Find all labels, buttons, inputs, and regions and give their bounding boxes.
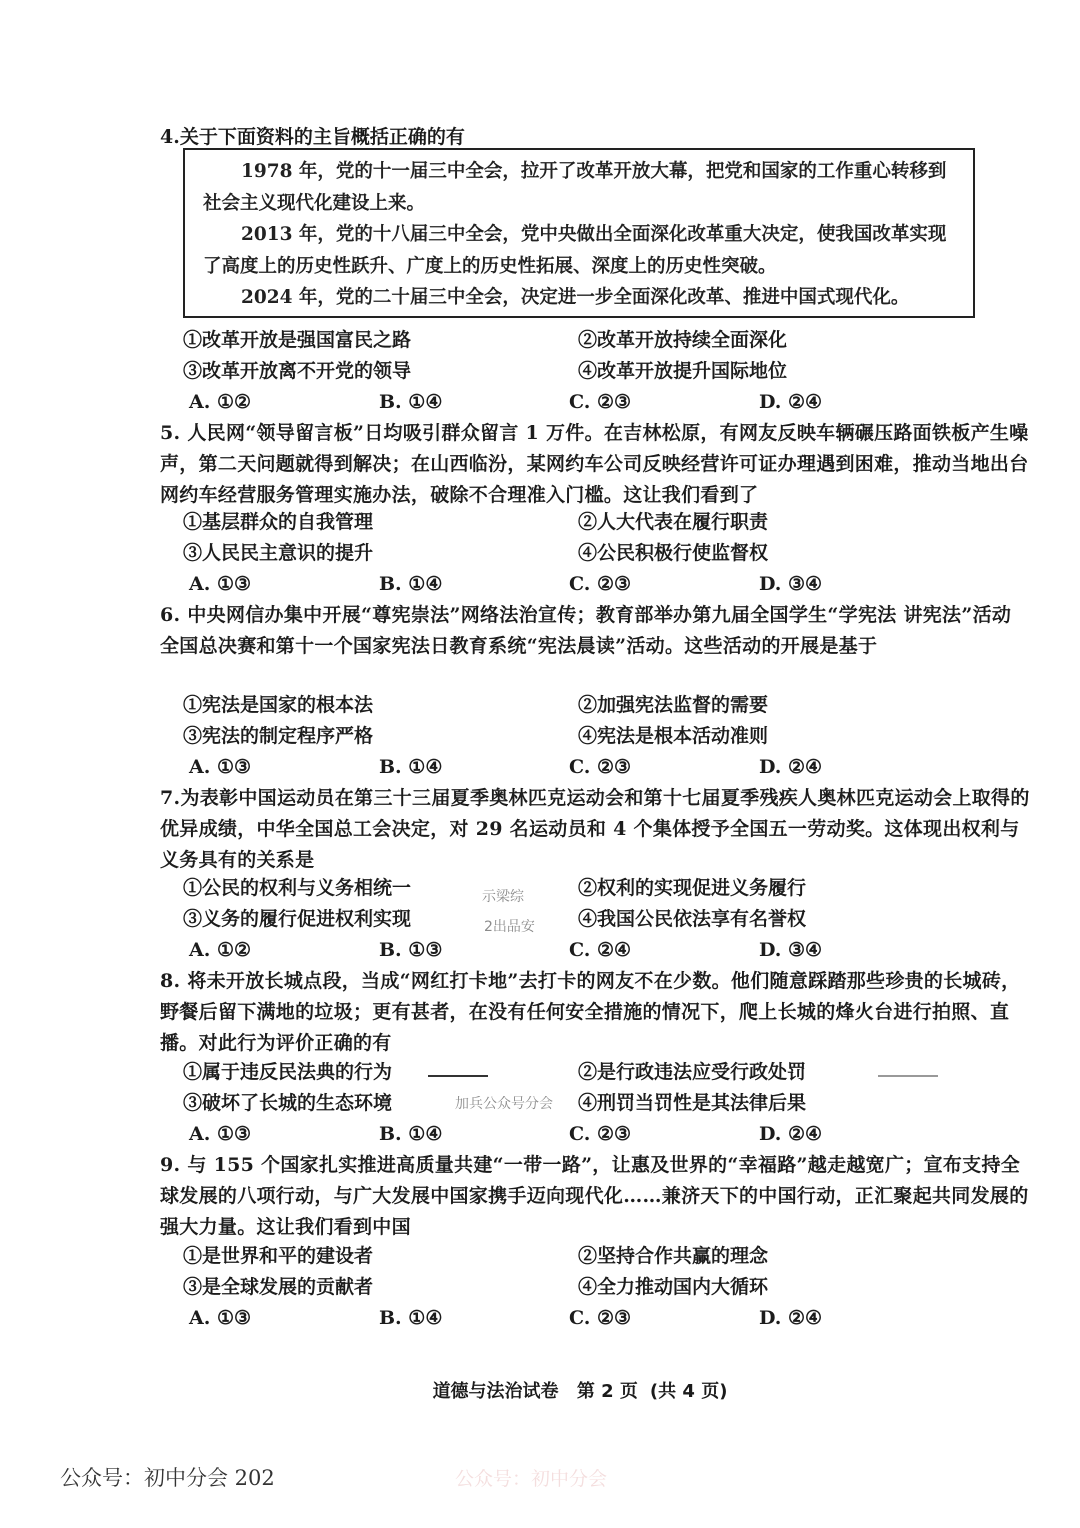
answer-d[interactable]: D. ③④ <box>759 935 949 966</box>
answer-c[interactable]: C. ②③ <box>569 1119 759 1150</box>
question-4-options: ①改革开放是强国富民之路②改革开放持续全面深化 ③改革开放离不开党的领导④改革开… <box>183 325 1003 418</box>
answer-a[interactable]: A. ①③ <box>189 1119 379 1150</box>
answer-c[interactable]: C. ②③ <box>569 387 759 418</box>
answer-b[interactable]: B. ①④ <box>379 752 569 783</box>
material-paragraph-2024: 2024 年，党的二十届三中全会，决定进一步全面深化改革、推进中国式现代化。 <box>203 282 959 314</box>
answer-a[interactable]: A. ①③ <box>189 752 379 783</box>
question-text: 人民网“领导留言板”日均吸引群众留言 1 万件。在吉林松原，有网友反映车辆碾压路… <box>160 422 1029 506</box>
question-7-stem: 7.为表彰中国运动员在第三十三届夏季奥林匹克运动会和第十七届夏季残疾人奥林匹克运… <box>160 783 1030 876</box>
option-4: ④公民积极行使监督权 <box>578 538 973 569</box>
answer-c[interactable]: C. ②③ <box>569 752 759 783</box>
question-number: 9. <box>160 1150 180 1181</box>
option-1: ①宪法是国家的根本法 <box>183 690 578 721</box>
option-2: ②加强宪法监督的需要 <box>578 690 973 721</box>
page-total: (共 4 页) <box>650 1381 728 1402</box>
option-4: ④我国公民依法享有名誉权 <box>578 904 973 935</box>
watermark-left: 公众号：初中分会 202 <box>60 1462 275 1492</box>
question-8-options: ①属于违反民法典的行为②是行政违法应受行政处罚 ③破坏了长城的生态环境④刑罚当罚… <box>183 1057 1003 1150</box>
answer-a[interactable]: A. ①③ <box>189 569 379 600</box>
answer-d[interactable]: D. ②④ <box>759 1119 949 1150</box>
question-9-stem: 9. 与 155 个国家扎实推进高质量共建“一带一路”，让惠及世界的“幸福路”越… <box>160 1150 1030 1243</box>
question-5-stem: 5. 人民网“领导留言板”日均吸引群众留言 1 万件。在吉林松原，有网友反映车辆… <box>160 418 1030 511</box>
scan-artifact-line <box>428 1075 488 1077</box>
option-2: ②权利的实现促进义务履行 <box>578 873 973 904</box>
question-4-material-box: 1978 年，党的十一届三中全会，拉开了改革开放大幕，把党和国家的工作重心转移到… <box>183 148 975 318</box>
question-6-stem: 6. 中央网信办集中开展“尊宪崇法”网络法治宣传；教育部举办第九届全国学生“学宪… <box>160 600 1030 662</box>
answer-a[interactable]: A. ①② <box>189 387 379 418</box>
option-3: ③是全球发展的贡献者 <box>183 1272 578 1303</box>
question-number: 6. <box>160 600 180 631</box>
answer-b[interactable]: B. ①④ <box>379 569 569 600</box>
answer-c[interactable]: C. ②④ <box>569 935 759 966</box>
question-number: 4. <box>160 126 180 148</box>
exam-subject: 道德与法治试卷 <box>433 1381 559 1402</box>
answer-b[interactable]: B. ①④ <box>379 387 569 418</box>
option-1: ①是世界和平的建设者 <box>183 1241 578 1272</box>
question-6-options: ①宪法是国家的根本法②加强宪法监督的需要 ③宪法的制定程序严格④宪法是根本活动准… <box>183 690 1003 783</box>
answer-d[interactable]: D. ②④ <box>759 387 949 418</box>
option-1: ①属于违反民法典的行为 <box>183 1057 578 1088</box>
question-text: 关于下面资料的主旨概括正确的有 <box>180 126 465 148</box>
question-text: 中央网信办集中开展“尊宪崇法”网络法治宣传；教育部举办第九届全国学生“学宪法 讲… <box>160 604 1011 657</box>
option-3: ③人民民主意识的提升 <box>183 538 578 569</box>
option-4: ④宪法是根本活动准则 <box>578 721 973 752</box>
option-4: ④全力推动国内大循环 <box>578 1272 973 1303</box>
question-number: 8. <box>160 966 180 997</box>
question-7-options: ①公民的权利与义务相统一②权利的实现促进义务履行 ③义务的履行促进权利实现④我国… <box>183 873 1003 966</box>
answer-d[interactable]: D. ③④ <box>759 569 949 600</box>
option-3: ③宪法的制定程序严格 <box>183 721 578 752</box>
question-8-stem: 8. 将未开放长城点段，当成“网红打卡地”去打卡的网友不在少数。他们随意踩踏那些… <box>160 966 1030 1059</box>
page-number: 第 2 页 <box>577 1381 638 1402</box>
answer-b[interactable]: B. ①④ <box>379 1303 569 1334</box>
option-1: ①改革开放是强国富民之路 <box>183 325 578 356</box>
answer-d[interactable]: D. ②④ <box>759 752 949 783</box>
question-number: 5. <box>160 418 180 449</box>
material-paragraph-1978: 1978 年，党的十一届三中全会，拉开了改革开放大幕，把党和国家的工作重心转移到… <box>203 156 959 219</box>
exam-page: 4.关于下面资料的主旨概括正确的有 1978 年，党的十一届三中全会，拉开了改革… <box>0 0 1080 1528</box>
page-footer: 道德与法治试卷 第 2 页(共 4 页) <box>0 1377 1080 1403</box>
answer-a[interactable]: A. ①② <box>189 935 379 966</box>
faint-stamp-mark: 2出品安 <box>484 916 535 936</box>
watermark-center: 公众号：初中分会 <box>455 1464 607 1491</box>
faint-stamp-mark: 加兵公众号分会 <box>455 1093 553 1113</box>
question-text: 与 155 个国家扎实推进高质量共建“一带一路”，让惠及世界的“幸福路”越走越宽… <box>160 1154 1029 1238</box>
option-2: ②人大代表在履行职责 <box>578 507 973 538</box>
question-text: 为表彰中国运动员在第三十三届夏季奥林匹克运动会和第十七届夏季残疾人奥林匹克运动会… <box>160 787 1030 871</box>
question-text: 将未开放长城点段，当成“网红打卡地”去打卡的网友不在少数。他们随意踩踏那些珍贵的… <box>160 970 1020 1054</box>
question-number: 7. <box>160 783 180 814</box>
material-paragraph-2013: 2013 年，党的十八届三中全会，党中央做出全面深化改革重大决定，使我国改革实现… <box>203 219 959 282</box>
option-2: ②坚持合作共赢的理念 <box>578 1241 973 1272</box>
answer-a[interactable]: A. ①③ <box>189 1303 379 1334</box>
faint-stamp-mark: 示梁综 <box>482 886 524 906</box>
answer-c[interactable]: C. ②③ <box>569 1303 759 1334</box>
option-2: ②改革开放持续全面深化 <box>578 325 973 356</box>
option-3: ③改革开放离不开党的领导 <box>183 356 578 387</box>
option-1: ①基层群众的自我管理 <box>183 507 578 538</box>
answer-b[interactable]: B. ①③ <box>379 935 569 966</box>
option-4: ④刑罚当罚性是其法律后果 <box>578 1088 973 1119</box>
question-4-stem: 4.关于下面资料的主旨概括正确的有 <box>160 124 465 150</box>
option-4: ④改革开放提升国际地位 <box>578 356 973 387</box>
question-9-options: ①是世界和平的建设者②坚持合作共赢的理念 ③是全球发展的贡献者④全力推动国内大循… <box>183 1241 1003 1334</box>
scan-artifact-line <box>878 1075 938 1077</box>
answer-c[interactable]: C. ②③ <box>569 569 759 600</box>
option-2: ②是行政违法应受行政处罚 <box>578 1057 973 1088</box>
question-5-options: ①基层群众的自我管理②人大代表在履行职责 ③人民民主意识的提升④公民积极行使监督… <box>183 507 1003 600</box>
answer-b[interactable]: B. ①④ <box>379 1119 569 1150</box>
answer-d[interactable]: D. ②④ <box>759 1303 949 1334</box>
